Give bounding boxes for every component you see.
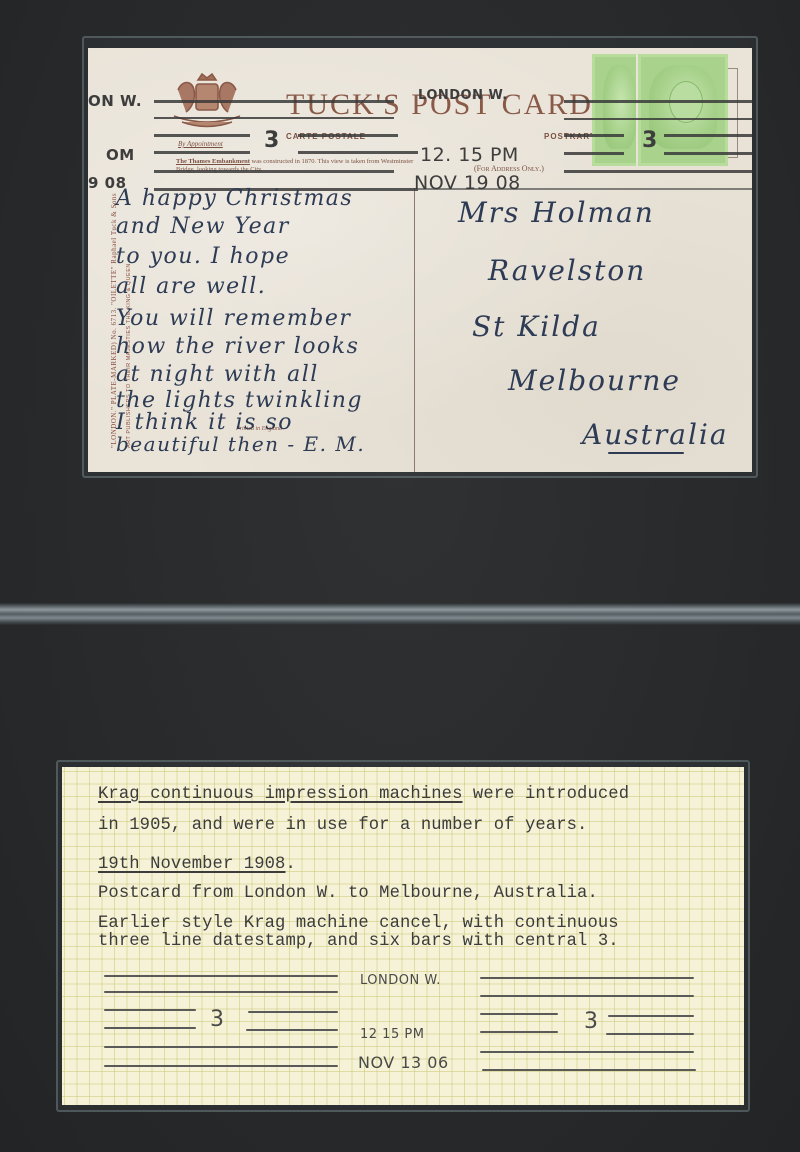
note-description-line: Earlier style Krag machine cancel, with … (98, 914, 619, 933)
note-text: . (285, 855, 295, 874)
cancel-bar (418, 188, 752, 190)
cancel-bar (564, 118, 752, 120)
address-line: Ravelston (488, 254, 646, 287)
sketch-number-left: 3 (210, 1007, 225, 1032)
sketch-bar (104, 975, 338, 977)
sketch-bar (248, 1011, 338, 1013)
album-page-divider-strip (0, 603, 800, 625)
address-line: St Kilda (472, 310, 601, 343)
message-line: You will remember (116, 306, 351, 331)
cancel-bar (154, 117, 394, 119)
address-underline (608, 452, 684, 454)
note-paragraph-line: Krag continuous impression machines were… (98, 785, 629, 804)
address-line: Melbourne (508, 364, 681, 397)
postcard-center-divider (414, 188, 415, 472)
by-appointment-label: By Appointment (178, 140, 223, 148)
message-line: to you. I hope (116, 244, 290, 269)
postmark-town: LONDON W. (418, 88, 508, 103)
sketch-bar (480, 977, 694, 979)
sketch-bar (104, 1009, 196, 1011)
sketch-bar (104, 1046, 338, 1048)
postmark-date: NOV 19 08 (414, 172, 521, 194)
sketch-bar (480, 1013, 558, 1015)
stamp-left-partial (592, 54, 636, 166)
message-line: how the river looks (116, 334, 359, 359)
cancel-bar-number-right: 3 (642, 128, 658, 153)
sketch-bar (104, 991, 338, 993)
sketch-number-right: 3 (584, 1009, 599, 1034)
sketch-time: 12 15 PM (360, 1027, 424, 1042)
caption-title: The Thames Embankment (176, 158, 250, 165)
postmark-left-time: OM (106, 146, 135, 164)
cancel-bar (564, 152, 624, 155)
sketch-bar (606, 1033, 694, 1035)
description-note-card: Krag continuous impression machines were… (62, 767, 744, 1105)
sketch-date: NOV 13 06 (358, 1053, 449, 1072)
address-line: Mrs Holman (458, 196, 655, 229)
message-line: at night with all (116, 362, 319, 387)
postcard: TUCK'S POST CARD CARTE POSTALE POSTKARTE… (88, 48, 752, 472)
cancel-bar (298, 134, 398, 137)
note-text: were introduced (463, 785, 630, 804)
note-route-line: Postcard from London W. to Melbourne, Au… (98, 884, 598, 903)
sketch-bar (608, 1015, 694, 1017)
sketch-bar (480, 995, 694, 997)
cancel-bar (154, 170, 394, 173)
cancel-bar (298, 151, 418, 154)
sketch-bar (482, 1069, 696, 1071)
cancel-bar (664, 152, 752, 155)
sketch-bar (480, 1031, 558, 1033)
cancel-bar-number-left: 3 (264, 128, 280, 153)
note-date-line: 19th November 1908. (98, 855, 296, 874)
cancel-bar (564, 134, 624, 137)
sketch-town: LONDON W. (360, 973, 441, 988)
address-line: Australia (582, 418, 729, 451)
cancel-bar (154, 100, 394, 103)
postmark-left-town: ON W. (88, 92, 142, 110)
sketch-bar (246, 1029, 338, 1031)
note-paragraph-line: in 1905, and were in use for a number of… (98, 816, 587, 835)
postmark-time: 12. 15 PM (420, 144, 519, 166)
cancel-bar (154, 151, 250, 154)
message-line: A happy Christmas (116, 186, 353, 211)
cancel-bar (154, 134, 250, 137)
cancel-bar (564, 170, 752, 173)
krag-machines-underlined: Krag continuous impression machines (98, 785, 463, 804)
message-line: beautiful then - E. M. (116, 432, 365, 456)
sketch-bar (104, 1027, 196, 1029)
sketch-bar (104, 1065, 338, 1067)
note-description-line: three line datestamp, and six bars with … (98, 932, 619, 951)
message-line: and New Year (116, 214, 290, 239)
cancel-bar (664, 134, 752, 137)
note-date-heading: 19th November 1908 (98, 855, 285, 874)
message-line: all are well. (116, 274, 266, 299)
sketch-bar (480, 1051, 694, 1053)
cancel-bar (564, 100, 752, 103)
